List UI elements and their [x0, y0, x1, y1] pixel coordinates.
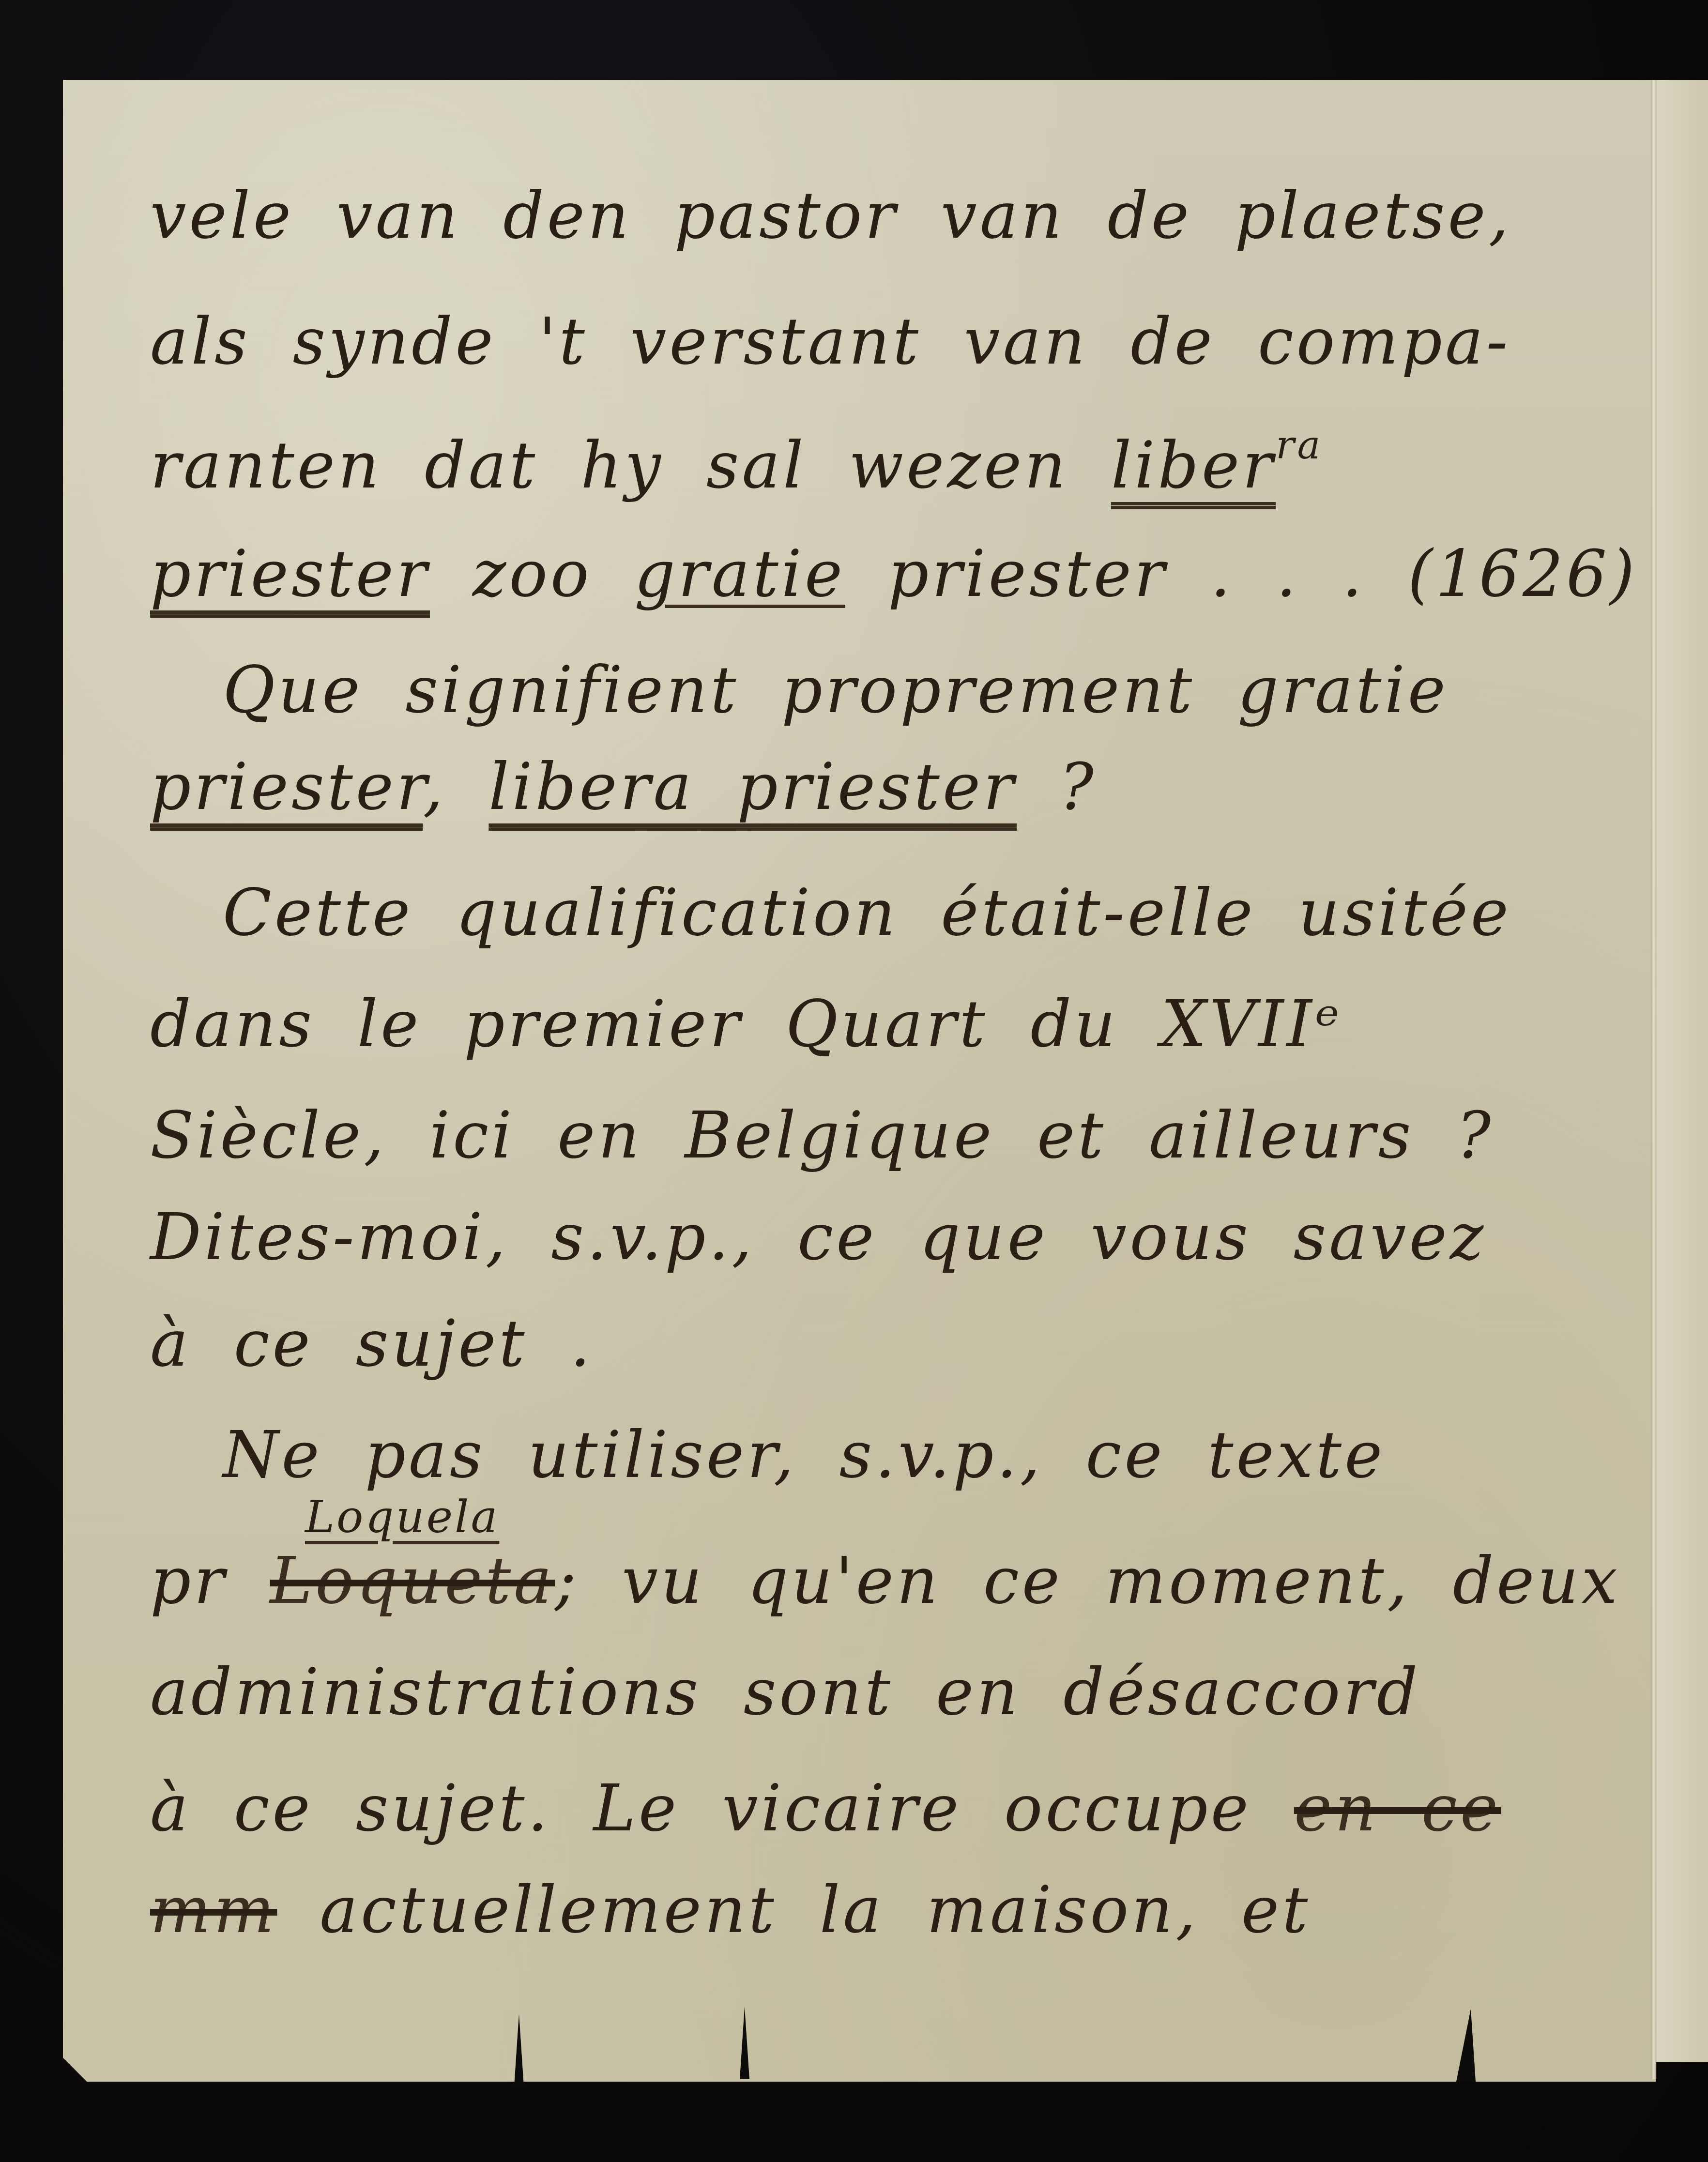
struck-word: mm — [150, 1873, 277, 1948]
underlined-word: priester — [150, 537, 430, 611]
text-line-16: mm actuellement la maison, et — [150, 1878, 1311, 1942]
text-line-15: à ce sujet. Le vicaire occupe en ce — [150, 1777, 1501, 1841]
interlinear-insertion: Loquela — [305, 1491, 499, 1543]
text-line-4: priester zoo gratie priester . . . (1626… — [150, 542, 1638, 606]
text-line-13: pr Loqueta; vu qu'en ce moment, deux — [150, 1549, 1620, 1613]
paper-tear — [514, 2014, 524, 2086]
struck-word: Loqueta — [270, 1544, 555, 1618]
text-line-8: dans le premier Quart du XVIIᵉ — [150, 992, 1342, 1056]
underlined-word: liber — [1111, 428, 1276, 503]
text-line-6: priester, libera priester ? — [150, 755, 1097, 819]
text-line-12: Ne pas utiliser, s.v.p., ce texte — [223, 1423, 1385, 1487]
text-line-10: Dites-moi, s.v.p., ce que vous savez — [150, 1205, 1486, 1269]
underlined-word: gratie — [634, 537, 845, 611]
text-line-5: Que signifient proprement gratie — [223, 658, 1449, 722]
adjacent-page-edge — [1656, 80, 1708, 2062]
struck-word: en ce — [1294, 1771, 1501, 1846]
underlined-phrase: libera priester — [488, 750, 1017, 824]
underlined-word: priester — [150, 750, 423, 824]
paper-tear — [1456, 2009, 1476, 2082]
text-line-1: vele van den pastor van de plaetse, — [150, 184, 1512, 248]
text-line-11: à ce sujet . — [150, 1312, 593, 1376]
text-line-2: als synde 't verstant van de compa- — [150, 310, 1510, 374]
paper-tear — [740, 2007, 749, 2079]
text-line-9: Siècle, ici en Belgique et ailleurs ? — [150, 1104, 1494, 1168]
text-line-3: ranten dat hy sal wezen liberra — [150, 426, 1323, 498]
text-line-14: administrations sont en désaccord — [150, 1660, 1420, 1724]
text-line-7: Cette qualification était-elle usitée — [223, 881, 1511, 945]
page-fold — [1651, 80, 1657, 2079]
